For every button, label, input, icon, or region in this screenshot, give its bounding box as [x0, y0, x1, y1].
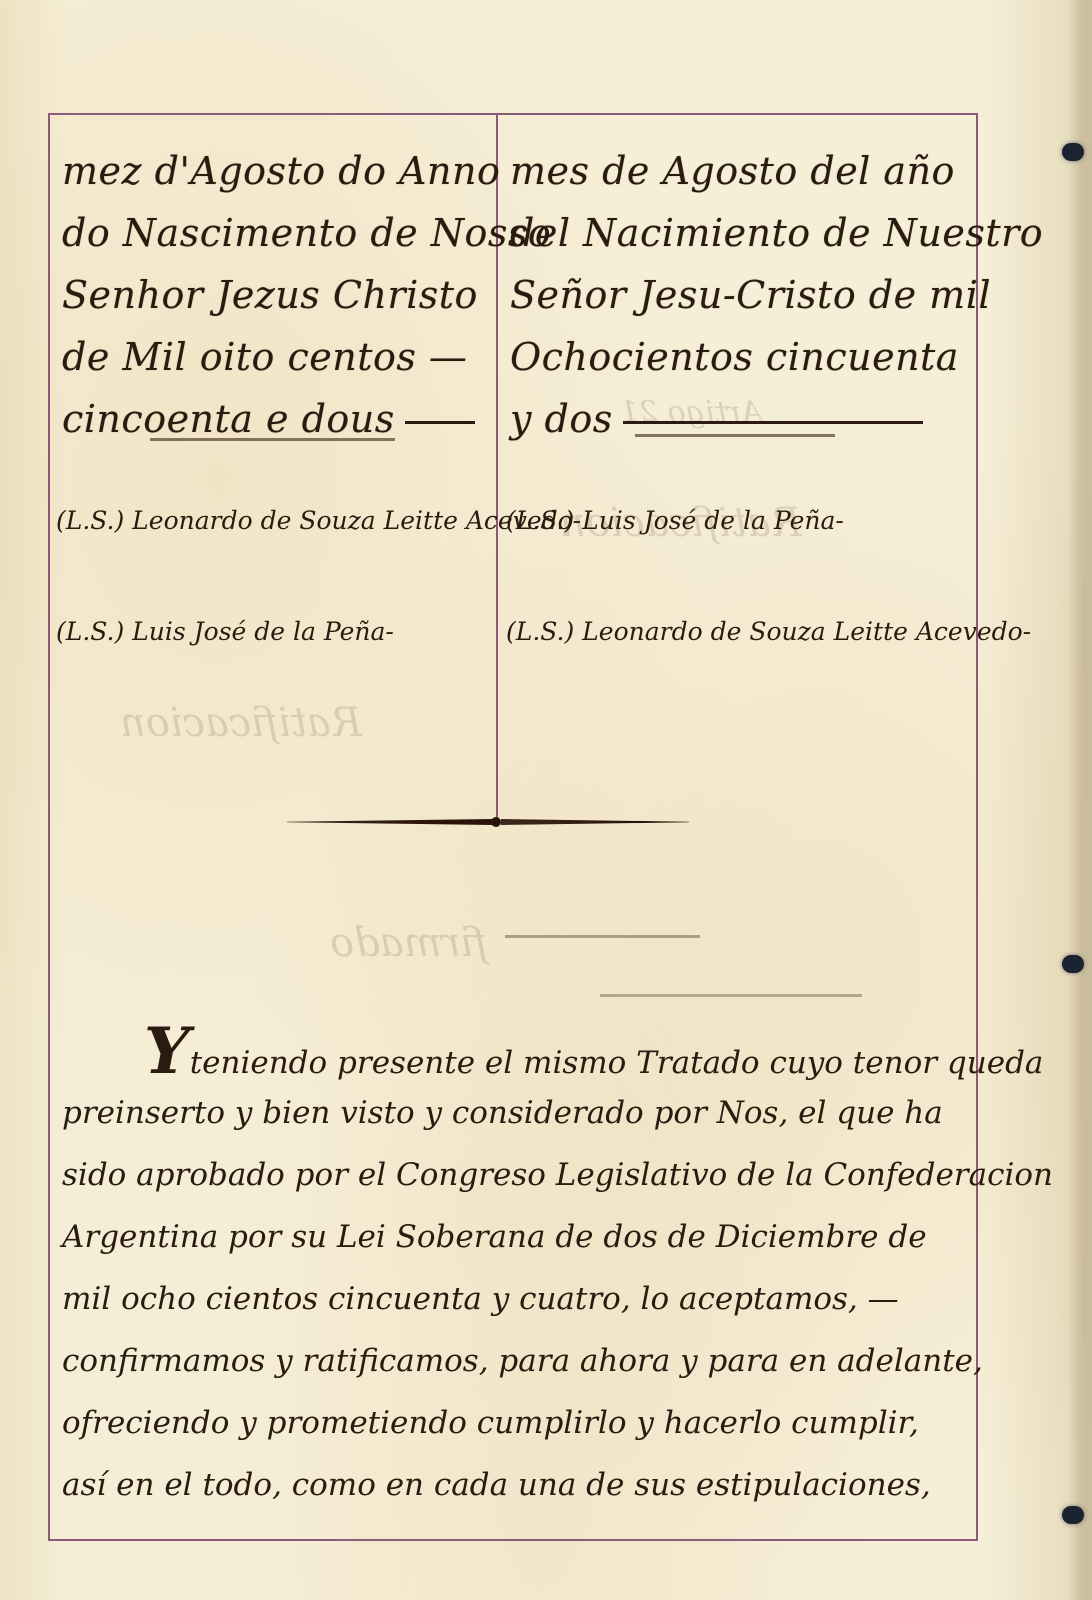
binding-stitch-icon — [1062, 1506, 1084, 1524]
right-line-4: Ochocientos cincuenta — [510, 326, 930, 388]
right-line-3: Señor Jesu-Cristo de mil — [510, 264, 930, 326]
ornamental-divider — [287, 817, 689, 827]
body-line-7: ofreciendo y prometiendo cumplirlo y hac… — [62, 1392, 967, 1454]
line-fill-dash — [405, 421, 475, 424]
bleed-through-rule — [600, 994, 862, 997]
body-line-4: Argentina por su Lei Soberana de dos de … — [62, 1206, 967, 1268]
body-line-5: mil ocho cientos cincuenta y cuatro, lo … — [62, 1268, 967, 1330]
bleed-through-rule — [505, 935, 700, 938]
left-line-1: mez d'Agosto do Anno — [62, 140, 482, 202]
body-line-3: sido aprobado por el Congreso Legislativ… — [62, 1144, 967, 1206]
body-line-8: así en el todo, como en cada una de sus … — [62, 1454, 967, 1516]
body-line-2: preinserto y bien visto y considerado po… — [62, 1082, 967, 1144]
signature-right-1: (L.S.) Luis José de la Peña- — [506, 506, 844, 535]
page-spine-shadow — [1068, 0, 1092, 1600]
document-page: Ratificacion Ratificacion firmado Artigo… — [0, 0, 1092, 1600]
right-separator-rule — [635, 434, 835, 437]
drop-cap: Y — [144, 1014, 190, 1089]
binding-stitch-icon — [1062, 143, 1084, 161]
right-line-1: mes de Agosto del año — [510, 140, 930, 202]
binding-stitch-icon — [1062, 955, 1084, 973]
left-line-4: de Mil oito centos — — [62, 326, 482, 388]
right-line-5: y dos — [510, 388, 930, 450]
body-line-6: confirmamos y ratificamos, para ahora y … — [62, 1330, 967, 1392]
left-column-portuguese: mez d'Agosto do Anno do Nascimento de No… — [62, 140, 482, 450]
signature-left-2: (L.S.) Luis José de la Peña- — [56, 617, 394, 646]
line-fill-dash — [623, 421, 923, 424]
right-column-spanish: mes de Agosto del año del Nacimiento de … — [510, 140, 930, 450]
body-line-1: Yteniendo presente el mismo Tratado cuyo… — [62, 1020, 967, 1082]
ratification-body-text: Yteniendo presente el mismo Tratado cuyo… — [62, 1020, 967, 1516]
signature-right-2: (L.S.) Leonardo de Souza Leitte Acevedo- — [506, 617, 1031, 646]
left-line-3: Senhor Jezus Christo — [62, 264, 482, 326]
left-line-2: do Nascimento de Nosso — [62, 202, 482, 264]
right-line-2: del Nacimiento de Nuestro — [510, 202, 930, 264]
signature-left-1: (L.S.) Leonardo de Souza Leitte Acevedo- — [56, 506, 581, 535]
left-separator-rule — [150, 438, 395, 441]
